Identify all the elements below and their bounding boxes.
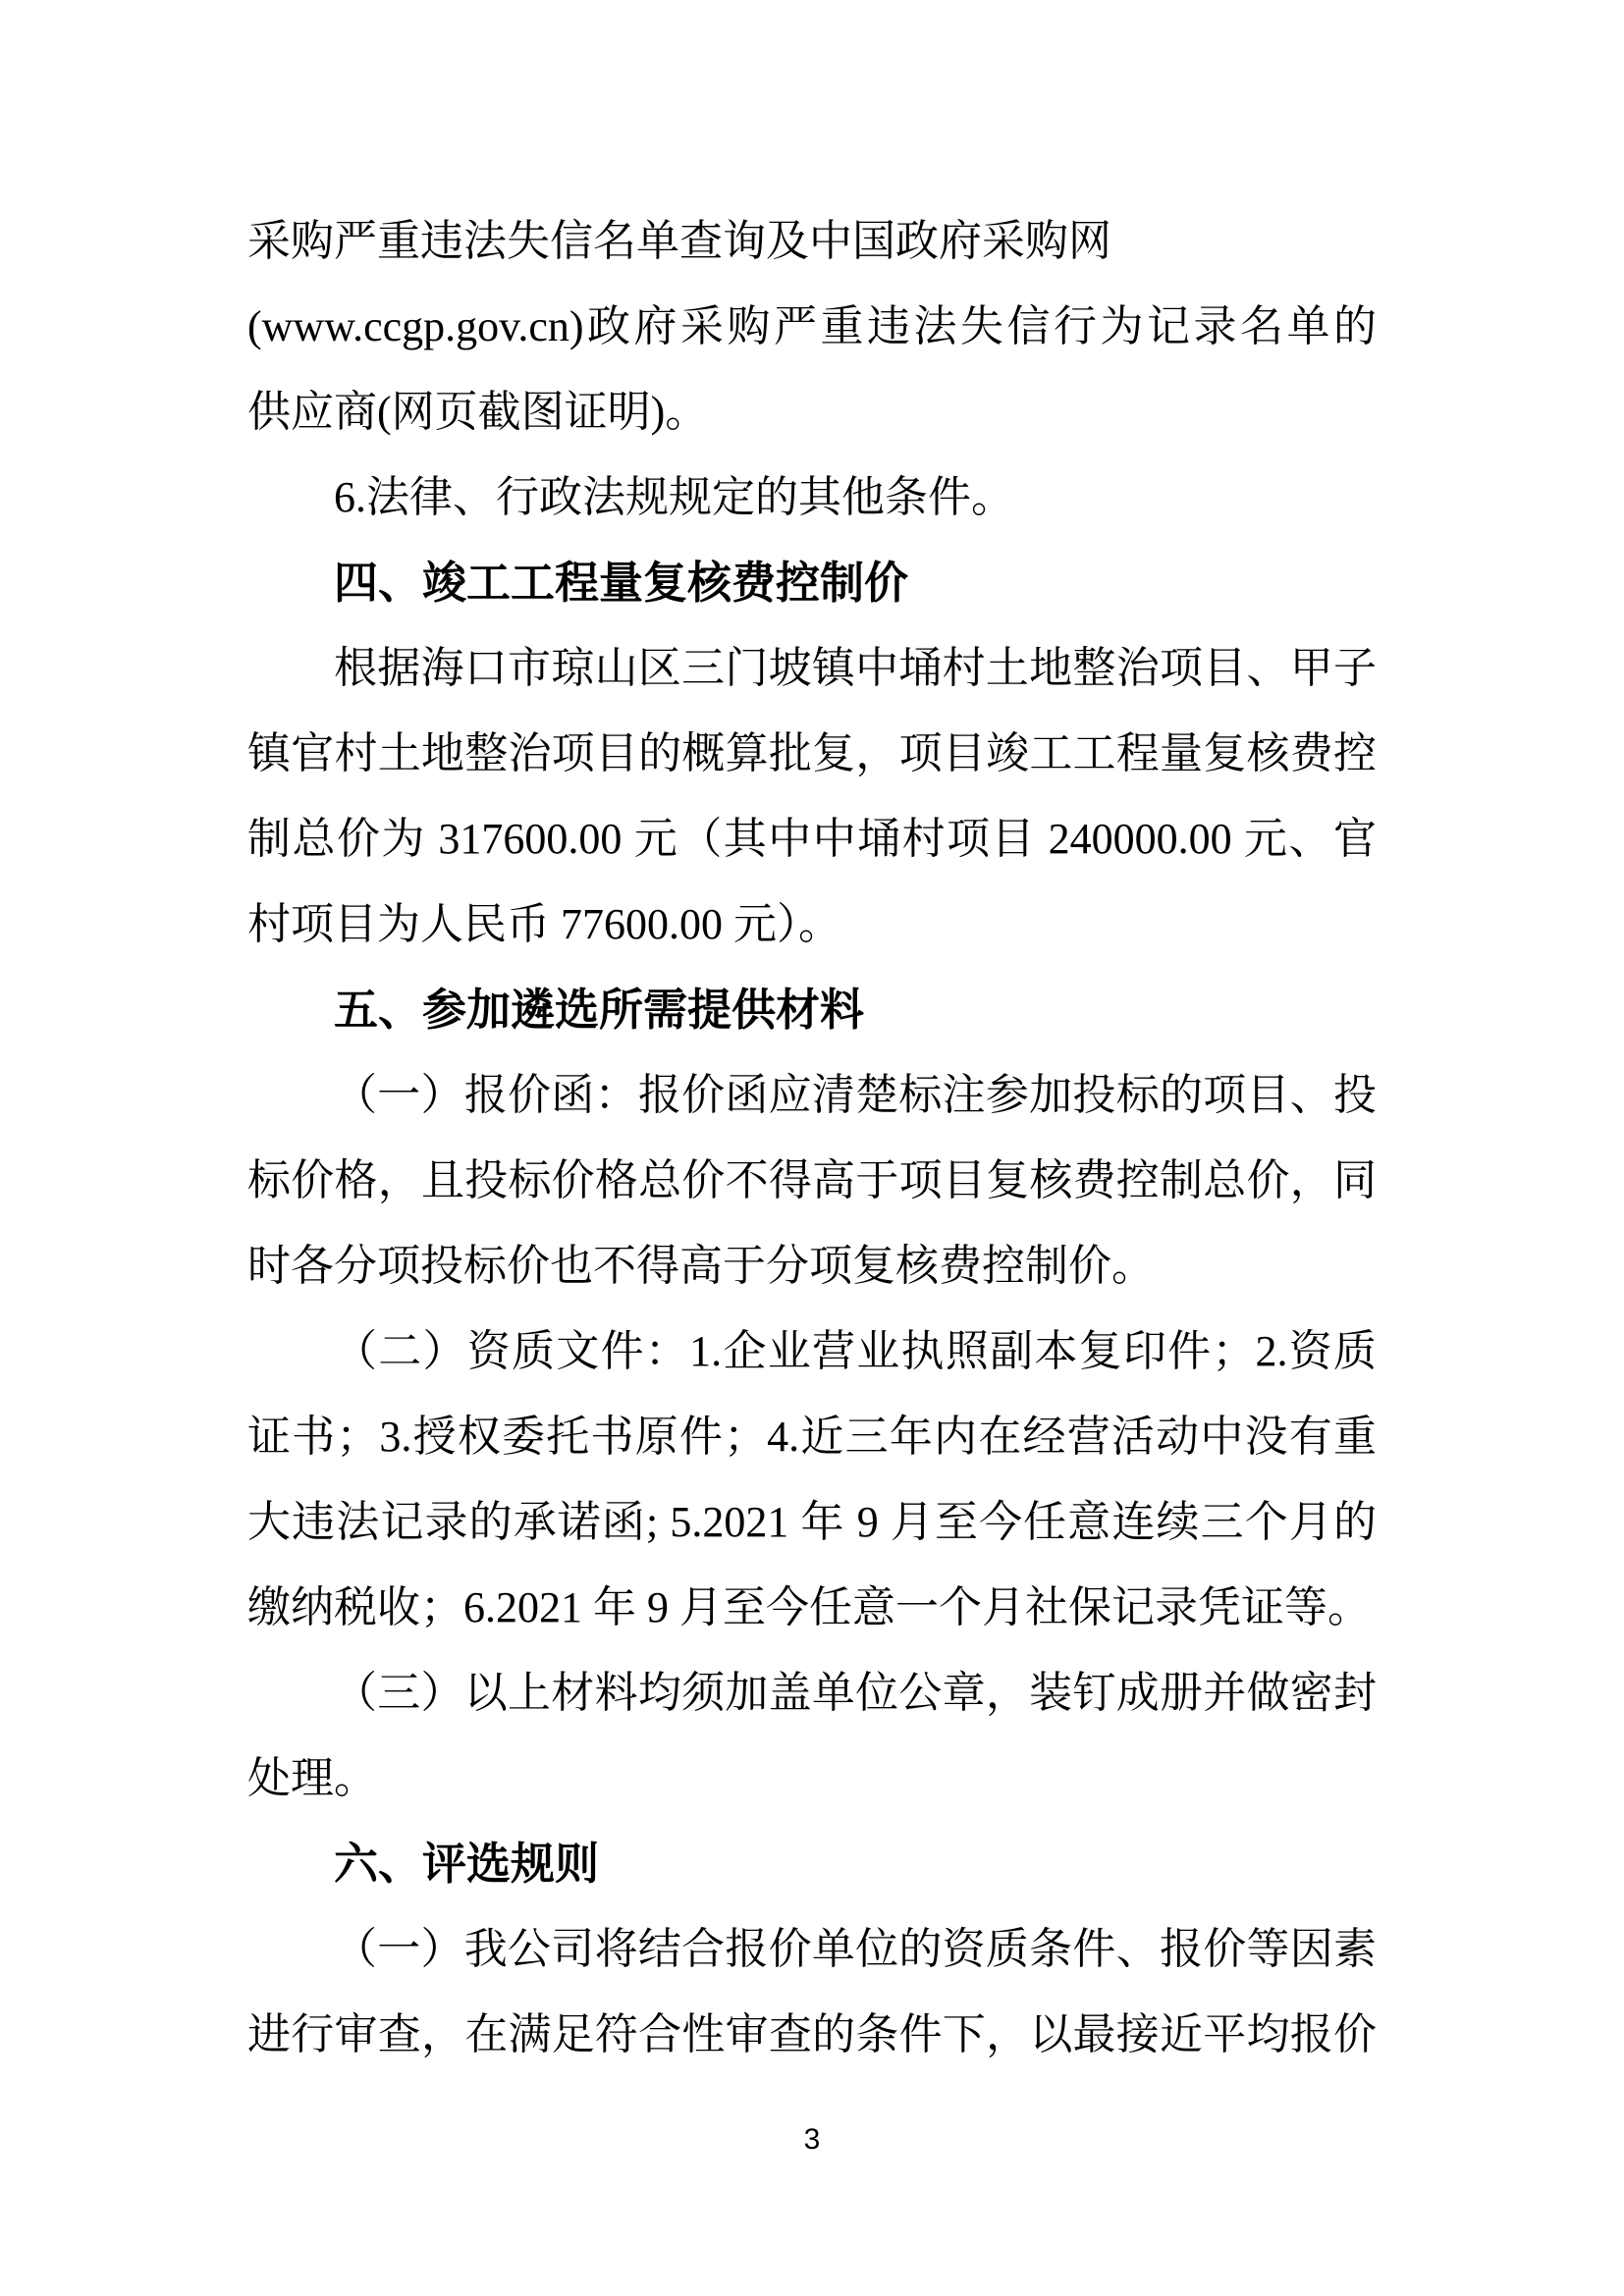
text-line: 采购严重违法失信名单查询及中国政府采购网	[247, 198, 1377, 284]
text-line: 6.法律、行政法规规定的其他条件。	[247, 454, 1377, 540]
text-line: 供应商(网页截图证明)。	[247, 369, 1377, 454]
text-line: 标价格，且投标价格总价不得高于项目复核费控制总价，同	[247, 1138, 1377, 1223]
page-number: 3	[0, 2120, 1624, 2160]
text-line: （一）报价函：报价函应清楚标注参加投标的项目、投	[247, 1052, 1377, 1138]
text-line: 证书；3.授权委托书原件；4.近三年内在经营活动中没有重	[247, 1394, 1377, 1479]
section-heading: 四、竣工工程量复核费控制价	[247, 540, 1377, 625]
section-heading: 六、评选规则	[247, 1821, 1377, 1906]
text-line: (www.ccgp.gov.cn)政府采购严重违法失信行为记录名单的	[247, 284, 1377, 369]
text-line: 处理。	[247, 1735, 1377, 1821]
text-line: 村项目为人民币 77600.00 元）。	[247, 881, 1377, 967]
section-heading: 五、参加遴选所需提供材料	[247, 967, 1377, 1052]
text-line: 镇官村土地整治项目的概算批复，项目竣工工程量复核费控	[247, 711, 1377, 796]
text-line: 进行审查，在满足符合性审查的条件下，以最接近平均报价	[247, 1992, 1377, 2077]
document-body: 采购严重违法失信名单查询及中国政府采购网(www.ccgp.gov.cn)政府采…	[247, 198, 1377, 2077]
text-line: （二）资质文件：1.企业营业执照副本复印件；2.资质	[247, 1308, 1377, 1394]
text-line: 缴纳税收；6.2021 年 9 月至今任意一个月社保记录凭证等。	[247, 1565, 1377, 1650]
text-line: 制总价为 317600.00 元（其中中埇村项目 240000.00 元、官	[247, 796, 1377, 881]
text-line: 根据海口市琼山区三门坡镇中埇村土地整治项目、甲子	[247, 625, 1377, 711]
text-line: （三）以上材料均须加盖单位公章，装钉成册并做密封	[247, 1650, 1377, 1735]
document-page: 采购严重违法失信名单查询及中国政府采购网(www.ccgp.gov.cn)政府采…	[0, 0, 1624, 2296]
text-line: 时各分项投标价也不得高于分项复核费控制价。	[247, 1223, 1377, 1308]
text-line: 大违法记录的承诺函; 5.2021 年 9 月至今任意连续三个月的	[247, 1479, 1377, 1565]
text-line: （一）我公司将结合报价单位的资质条件、报价等因素	[247, 1906, 1377, 1992]
